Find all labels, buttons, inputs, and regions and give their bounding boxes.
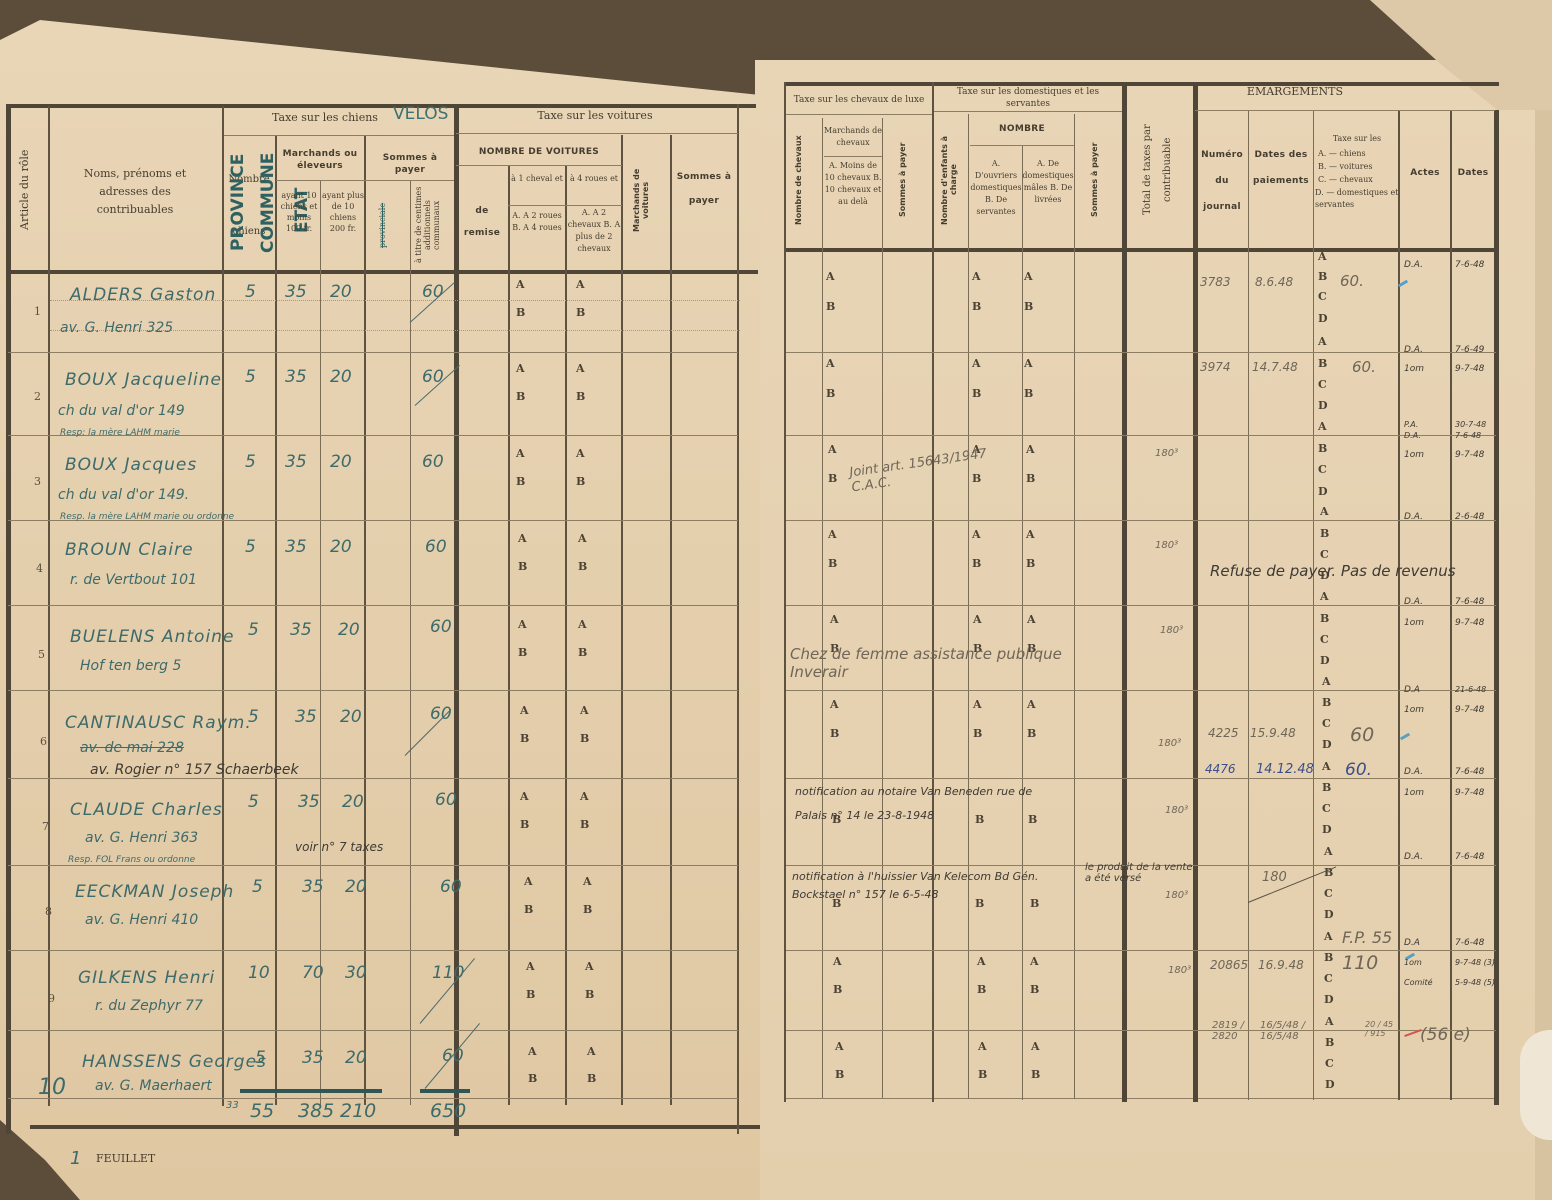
payment-amount: 20 / 45 / 915 [1365,1020,1395,1038]
acte-date: 7-6-48 [1455,431,1481,440]
payment-amount: 180 [1262,870,1287,885]
header-un-cheval: à 1 cheval et [509,173,565,185]
letter-a: A [1318,420,1327,433]
total-tax: 180³ [1158,738,1181,749]
dog-amount-2: 20 [330,537,352,557]
total-tax: 180³ [1155,540,1178,551]
letter-a: A [1027,698,1036,711]
dog-count: 5 [245,282,256,302]
dog-amount-1: 35 [290,620,312,640]
acte: Comité [1404,978,1433,987]
header-quatre-roues-ab: A. A 2 chevaux B. A plus de 2 chevaux [566,207,622,255]
letter-a: A [1320,590,1329,603]
total-tax: 180³ [1165,805,1188,816]
letter-a: A [1324,930,1333,943]
letter-b: B [1320,612,1329,625]
letter-b: B [826,300,835,313]
header-domestiques-males: A. De domestiques mâles B. De livrées [1022,158,1074,206]
letter-b: B [578,560,587,573]
letter-c: C [1325,1057,1334,1070]
letter-a: A [830,613,839,626]
letter-d: D [1325,1078,1335,1091]
fp-note: F.P. 55 [1342,928,1392,947]
letter-b: B [1320,527,1329,540]
taxpayer-address-old: av. de mai 228 [80,740,184,756]
letter-a: A [518,618,527,631]
letter-a: A [973,613,982,626]
letter-a: A [576,362,585,375]
letter-a: A [528,1045,537,1058]
acte: 1om [1404,788,1424,798]
taxpayer-name: GILKENS Henri [78,968,215,988]
cross-reference-note: voir n° 7 taxes [295,840,383,854]
letter-b: B [576,306,585,319]
header-actes: Actes [1400,167,1450,179]
letter-a: A [516,447,525,460]
header-nombre-voitures: NOMBRE DE VOITURES [456,146,622,158]
dog-count: 5 [248,792,259,812]
letter-a: A [580,704,589,717]
dog-count: 5 [248,707,259,727]
dog-count: 5 [255,1048,266,1068]
acte: 1om [1404,450,1424,460]
total-sum: 650 [430,1100,466,1122]
row-number-handwritten: 10 [38,1075,66,1100]
letter-d: D [1318,312,1328,325]
letter-b: B [576,390,585,403]
header-enfants: Nombre d'enfants à charge [940,120,964,240]
letter-a: A [516,278,525,291]
dog-amount-1: 35 [295,707,317,727]
taxpayer-name: HANSSENS Georges [82,1052,267,1072]
letter-a: A [1024,270,1033,283]
letter-a: A [585,960,594,973]
letter-a: A [578,532,587,545]
taxpayer-note: Resp: la mère LAHM marie [60,428,180,438]
dog-amount-2: 20 [345,1048,367,1068]
stamp-province: PROVINCE [228,140,250,265]
acte: 1om [1404,705,1424,715]
acte-date: 7-6-49 [1455,345,1484,355]
payment-date: 16/5/48 / 16/5/48 [1260,1020,1312,1042]
header-taxe-sur-les: Taxe sur les [1315,133,1399,145]
total-count: 33 [226,1100,239,1111]
letter-d: D [1322,738,1332,751]
letter-b: B [1024,300,1033,313]
letter-c: C [1324,887,1333,900]
header-provinciale: provinciale [378,190,392,260]
dog-count: 10 [248,963,270,983]
dog-total: 110 [432,963,464,983]
letter-a: A [1024,357,1033,370]
acte: D.A. [1404,597,1423,607]
dog-amount-1: 35 [285,282,307,302]
acte-date: 9-7-48 (3) [1455,958,1495,967]
dog-count: 5 [245,367,256,387]
journal-number: 3974 [1200,360,1231,374]
row-number: 7 [42,820,49,833]
header-dates-paiements: Dates des paiements [1250,142,1312,194]
dog-total: 60 [430,617,452,637]
payment-amount: 60. [1352,358,1376,376]
acte: D.A [1404,938,1420,948]
sale-proceeds-note: le produit de la vente a été versé [1085,862,1195,884]
dog-total: 60 [425,537,447,557]
row-number: 9 [48,992,55,1005]
row-number: 1 [34,305,41,318]
letter-b: B [833,983,842,996]
letter-a: A [1322,675,1331,688]
taxpayer-name: EECKMAN Joseph [75,882,234,902]
total-nombre: 55 [250,1100,274,1122]
acte: P.A. [1404,420,1418,429]
dog-count: 5 [245,452,256,472]
letter-b: B [1031,1068,1040,1081]
acte-date: 7-6-48 [1455,767,1484,777]
taxpayer-address: av. G. Henri 325 [60,320,173,336]
letter-a: A [1030,955,1039,968]
journal-number: 2819 / 2820 [1212,1020,1252,1042]
letter-b: B [520,818,529,831]
letter-b: B [580,732,589,745]
letter-b: B [518,646,527,659]
journal-number: 4476 [1205,762,1236,776]
dog-amount-1: 35 [302,877,324,897]
letter-b: B [1030,983,1039,996]
letter-b: B [516,390,525,403]
dog-total: 60 [422,282,444,302]
acte: D.A. [1404,512,1423,522]
letter-c: C [1318,378,1327,391]
dog-total: 60 [440,877,462,897]
letter-a: A [972,528,981,541]
dog-total: 60 [430,704,452,724]
acte: D.A. [1404,852,1423,862]
letter-d: D [1322,823,1332,836]
total-tax: 180³ [1160,625,1183,636]
letter-b: B [972,300,981,313]
letter-b: B [972,557,981,570]
header-nombre-chevaux: Nombre de chevaux [794,120,814,240]
letter-a: A [972,357,981,370]
letter-a: A [583,875,592,888]
total-tax: 180³ [1165,890,1188,901]
dog-amount-1: 35 [298,792,320,812]
payment-date: 14.7.48 [1252,360,1298,374]
total-underline [420,1089,470,1093]
letter-a: A [826,357,835,370]
letter-d: D [1324,908,1334,921]
row-number: 8 [45,905,52,918]
header-marchands-chevaux-ab: A. Moins de 10 chevaux B. 10 chevaux et … [824,160,882,208]
letter-b: B [587,1072,596,1085]
dog-amount-2: 30 [345,963,367,983]
letter-b: B [1318,270,1327,283]
letter-b: B [516,306,525,319]
dog-amount-2: 20 [330,367,352,387]
letter-b: B [973,727,982,740]
acte: D.A. [1404,345,1423,355]
letter-b: B [1318,442,1327,455]
refusal-annotation: Refuse de payer. Pas de revenus [1210,562,1456,580]
acte-date: 9-7-48 [1455,364,1484,374]
taxpayer-address: av. G. Maerhaert [95,1078,212,1094]
total-underline [240,1089,382,1093]
letter-a: A [828,528,837,541]
acte: D.A. [1404,767,1423,777]
letter-a: A [977,955,986,968]
dog-count: 5 [245,537,256,557]
total-m1: 385 [298,1100,334,1122]
letter-b: B [1322,696,1331,709]
header-taxe-c: C. — chevaux [1318,174,1398,186]
dog-total: 60 [422,452,444,472]
taxpayer-note: Resp. la mère LAHM marie ou ordonne [60,512,234,522]
taxpayer-name: BUELENS Antoine [70,627,234,647]
payment-date: 8.6.48 [1255,275,1293,289]
taxpayer-address: r. de Vertbout 101 [70,572,197,588]
letter-b: B [526,988,535,1001]
letter-c: C [1324,972,1333,985]
acte-date: 9-7-48 [1455,450,1484,460]
letter-a: A [1325,1015,1334,1028]
header-sommes: Sommes à payer [366,152,454,176]
payment-amount: 110 [1342,952,1378,974]
annotation: Chez de femme assistance publique Invera… [790,645,1090,681]
letter-c: C [1320,633,1329,646]
dog-amount-1: 70 [302,963,324,983]
taxpayer-name: CANTINAUSC Raym. [65,713,252,733]
letter-b: B [1322,781,1331,794]
header-taxe-b: B. — voitures [1318,161,1398,173]
dog-total: 60 [435,790,457,810]
header-ouvriers: A. D'ouvriers domestiques B. De servante… [970,158,1022,218]
header-voitures: Taxe sur les voitures [470,110,720,122]
dog-amount-2: 20 [330,282,352,302]
journal-number: 20865 [1210,958,1248,972]
letter-a: A [516,362,525,375]
letter-a: A [1026,528,1035,541]
letter-c: C [1320,548,1329,561]
acte: 1om [1404,958,1422,967]
dog-amount-1: 35 [285,367,307,387]
sheet-number: 1 [70,1148,81,1169]
header-chevaux: Taxe sur les chevaux de luxe [786,94,932,106]
bailiff-notification: notification à l'huissier Van Kelecom Bd… [792,868,1072,904]
row-note: (56 e) [1420,1025,1471,1045]
header-velos-overwrite: VELOS [393,104,448,124]
acte: 1om [1404,618,1424,628]
letter-b: B [1027,727,1036,740]
dog-amount-2: 20 [342,792,364,812]
letter-a: A [1026,443,1035,456]
payment-amount: 60. [1340,272,1364,290]
taxpayer-address: av. G. Henri 363 [85,830,198,846]
letter-b: B [580,818,589,831]
letter-a: A [524,875,533,888]
letter-b: B [830,727,839,740]
dog-count: 5 [248,620,259,640]
letter-b: B [583,903,592,916]
letter-b: B [524,903,533,916]
acte-date: 9-7-48 [1455,705,1484,715]
payment-date: 15.9.48 [1250,726,1296,740]
letter-b: B [972,387,981,400]
taxpayer-name: BROUN Claire [65,540,194,560]
dog-amount-1: 35 [285,452,307,472]
header-de-remise: de remise [456,200,508,244]
letter-a: A [828,443,837,456]
acte-date: 7-6-48 [1455,938,1484,948]
letter-c: C [1322,717,1331,730]
acte: D.A. [1404,260,1423,270]
letter-b: B [1026,472,1035,485]
header-un-cheval-ab: A. A 2 roues B. A 4 roues [509,210,565,234]
taxpayer-name: ALDERS Gaston [70,285,216,305]
header-taxe-a: A. — chiens [1318,148,1398,160]
letter-a: A [518,532,527,545]
dog-amount-2: 20 [345,877,367,897]
letter-a: A [1318,250,1327,263]
letter-a: A [1324,845,1333,858]
header-domestiques: Taxe sur les domestiques et les servante… [934,86,1122,110]
letter-b: B [585,988,594,1001]
dog-amount-1: 35 [285,537,307,557]
header-taxe-d: D. — domestiques et servantes [1315,187,1399,211]
header-emargements: EMARGEMENTS [1195,86,1395,98]
letter-b: B [520,732,529,745]
header-sommes-voitures: Sommes à payer [672,165,736,213]
acte-date: 7-6-48 [1455,597,1484,607]
taxpayer-address: ch du val d'or 149. [58,487,189,503]
letter-a: A [1320,505,1329,518]
letter-b: B [828,472,837,485]
header-article: Article du rôle [18,130,42,250]
acte-date: 21-6-48 [1455,685,1486,694]
letter-b: B [1325,1036,1334,1049]
letter-d: D [1320,654,1330,667]
header-marchands-chevaux: Marchands de chevaux [824,125,882,149]
header-total-taxes: Total de taxes par contribuable [1138,100,1178,240]
acte-date: 2-6-48 [1455,512,1484,522]
letter-a: A [978,1040,987,1053]
letter-a: A [826,270,835,283]
acte-date: 9-7-48 [1455,618,1484,628]
acte-date: 30-7-48 [1455,420,1486,429]
letter-a: A [587,1045,596,1058]
header-nombre-domestiques: NOMBRE [970,123,1074,135]
letter-b: B [578,646,587,659]
row-number: 5 [38,648,45,661]
letter-d: D [1324,993,1334,1006]
letter-a: A [578,618,587,631]
letter-d: D [1318,399,1328,412]
letter-a: A [835,1040,844,1053]
header-ayant-moins: ayant 10 chiens et moins 100 fr. [278,190,320,234]
letter-c: C [1318,463,1327,476]
letter-d: D [1318,485,1328,498]
letter-a: A [972,270,981,283]
acte: D.A [1404,685,1420,695]
letter-c: C [1322,802,1331,815]
journal-number: 3783 [1200,275,1231,289]
letter-b: B [977,983,986,996]
letter-b: B [1318,357,1327,370]
dog-amount-1: 35 [302,1048,324,1068]
sheet-label: FEUILLET [96,1153,155,1165]
journal-number: 4225 [1208,726,1239,740]
letter-a: A [1322,760,1331,773]
acte-date: 7-6-48 [1455,852,1484,862]
letter-b: B [978,1068,987,1081]
letter-a: A [830,698,839,711]
total-m2: 210 [340,1100,376,1122]
dog-amount-2: 20 [340,707,362,727]
taxpayer-address: ch du val d'or 149 [58,403,185,419]
row-number: 2 [34,390,41,403]
acte-date: 7-6-48 [1455,260,1484,270]
payment-date: 16.9.48 [1258,958,1304,972]
acte-date: 5-9-48 (5) [1455,978,1495,987]
letter-a: A [973,698,982,711]
letter-b: B [528,1072,537,1085]
header-dog-tax: Taxe sur les chiens [260,112,390,124]
header-ayant-plus: ayant plus de 10 chiens 200 fr. [322,190,364,234]
header-dates: Dates [1452,167,1494,179]
row-number: 6 [40,735,47,748]
header-centimes: à titre de centimes additionnels communa… [414,185,448,265]
taxpayer-address: r. du Zephyr 77 [95,998,203,1014]
letter-a: A [576,278,585,291]
taxpayer-note: Resp. FOL Frans ou ordonne [68,855,195,865]
letter-b: B [576,475,585,488]
letter-a: A [580,790,589,803]
row-number: 3 [34,475,41,488]
letter-a: A [576,447,585,460]
taxpayer-name: BOUX Jacques [65,455,197,475]
header-names: Noms, prénoms et adresses des contribuab… [60,165,210,219]
taxpayer-name: CLAUDE Charles [70,800,223,820]
letter-b: B [828,557,837,570]
letter-c: C [1318,290,1327,303]
dog-amount-2: 20 [330,452,352,472]
acte: D.A. [1404,431,1421,440]
letter-a: A [1031,1040,1040,1053]
header-quatre-roues: à 4 roues et [566,173,622,185]
payment-date: 14.12.48 [1256,762,1314,777]
letter-b: B [835,1068,844,1081]
letter-b: B [1026,557,1035,570]
letter-a: A [1318,335,1327,348]
row-number: 4 [36,562,43,575]
payment-amount: 60 [1350,724,1374,746]
letter-a: A [520,704,529,717]
acte-date: 9-7-48 [1455,788,1484,798]
payment-amount: 60. [1345,760,1372,780]
header-marchands: Marchands ou éleveurs [276,148,364,172]
taxpayer-name: BOUX Jacqueline [65,370,222,390]
header-sommes-chevaux: Sommes à payer [898,120,918,240]
dog-count: 5 [252,877,263,897]
taxpayer-address: Hof ten berg 5 [80,658,181,674]
letter-b: B [518,560,527,573]
letter-b: B [516,475,525,488]
letter-b: B [826,387,835,400]
header-sommes-domestiques: Sommes à payer [1090,120,1110,240]
notary-notification: notification au notaire Van Beneden rue … [795,780,1055,828]
letter-b: B [1324,951,1333,964]
letter-a: A [833,955,842,968]
